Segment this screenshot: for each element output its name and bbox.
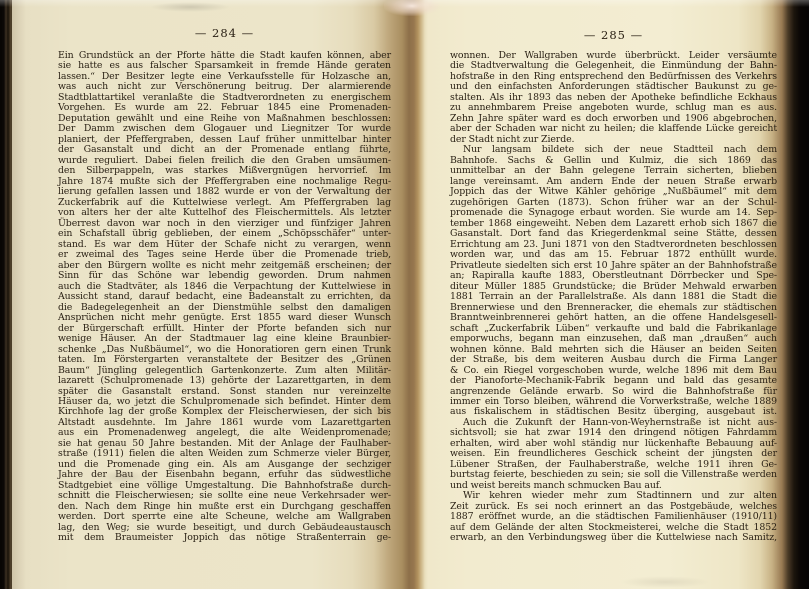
page-number-left: — 284 — xyxy=(58,26,391,40)
book-gutter-shadow xyxy=(402,0,428,589)
text-line: der Straße, bis dem weiteren Ausbau durc… xyxy=(450,355,777,365)
book-cover-edge-right xyxy=(782,0,809,589)
book-scan: — 284 — Ein Grundstück an der Pforte hät… xyxy=(0,0,809,589)
text-line: emporwuchs, begann man einzusehen, daß m… xyxy=(450,334,777,344)
page-text-right: wonnen. Der Wallgraben wurde überbrückt.… xyxy=(450,51,777,544)
text-line: wenige Häuser. An der Stadtmauer lag ein… xyxy=(58,334,391,344)
text-line: erwarb, an den Verbindungsweg über die K… xyxy=(450,533,777,543)
text-line: mit dem Braumeister Joppich das nötige S… xyxy=(58,533,391,543)
gutter-glare xyxy=(384,0,440,16)
text-line: taten. Im Förstergarten veranstaltete de… xyxy=(58,355,391,365)
page-number-right: — 285 — xyxy=(450,28,777,42)
text-line: lazarett (Schulpromenade 13) gehörte der… xyxy=(58,376,391,386)
text-line: der Pianoforte-Mechanik-Fabrik begann un… xyxy=(450,376,777,386)
page-text-left: Ein Grundstück an der Pforte hätte die S… xyxy=(58,51,391,544)
